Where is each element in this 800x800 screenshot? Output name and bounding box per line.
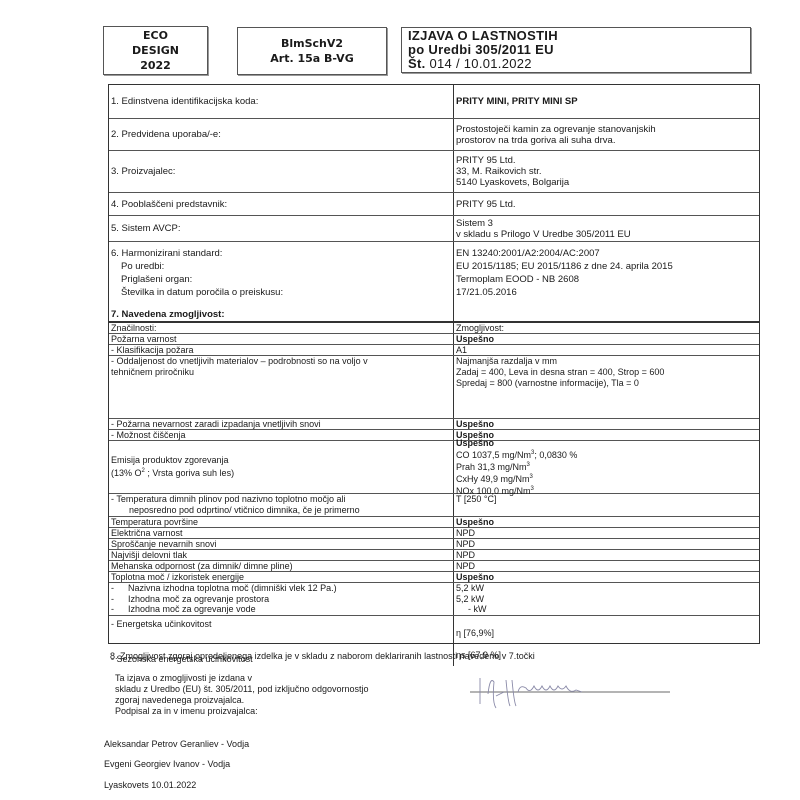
harmonized-labels: 6. Harmonizirani standard: Po uredbi: Pr…: [109, 242, 454, 308]
row-label: 3. Proizvajalec:: [109, 151, 454, 192]
table-row: - Oddaljenost do vnetljivih materialov –…: [109, 356, 759, 419]
document-number: Št. 014 / 10.01.2022: [408, 57, 750, 71]
table-row: - Temperatura dimnih plinov pod nazivno …: [109, 494, 759, 517]
table-row: Značilnosti: Zmogljivost:: [109, 323, 759, 334]
document-number-value: 014 / 10.01.2022: [429, 56, 531, 71]
table-row: Emisija produktov zgorevanja (13% O2 ; V…: [109, 441, 759, 494]
harmonized-values: EN 13240:2001/A2:2004/AC:2007 EU 2015/11…: [454, 242, 759, 308]
eco-design-badge: ECO DESIGN 2022: [103, 26, 208, 75]
table-row: Toplotna moč / izkoristek energije Uspeš…: [109, 572, 759, 583]
table-row: Najvišji delovni tlak NPD: [109, 550, 759, 561]
table-row: 5. Sistem AVCP: Sistem 3 v skladu s Pril…: [109, 216, 759, 242]
table-row: Mehanska odpornost (za dimnik/ dimne pli…: [109, 561, 759, 572]
signature-image: [470, 672, 670, 712]
identification-table: 1. Edinstvena identifikacijska koda: PRI…: [108, 84, 760, 322]
emission-values: Uspešno CO 1037,5 mg/Nm3; 0,0830 % Prah …: [454, 441, 759, 493]
table-row: 6. Harmonizirani standard: Po uredbi: Pr…: [109, 242, 759, 308]
table-row: Požarna varnost Uspešno: [109, 334, 759, 345]
document-regulation: po Uredbi 305/2011 EU: [408, 43, 750, 57]
table-row: Električna varnost NPD: [109, 528, 759, 539]
badge-line: Art. 15a B-VG: [270, 51, 353, 66]
table-row: 1. Edinstvena identifikacijska koda: PRI…: [109, 85, 759, 119]
performance-table: Značilnosti: Zmogljivost: Požarna varnos…: [108, 322, 760, 644]
table-row: 4. Pooblaščeni predstavnik: PRITY 95 Ltd…: [109, 193, 759, 216]
table-row: -Nazivna izhodna toplotna moč (dimniški …: [109, 583, 759, 616]
table-row: - Klasifikacija požara A1: [109, 345, 759, 356]
intended-use: Prostostoječi kamin za ogrevanje stanova…: [454, 119, 759, 150]
table-row: 3. Proizvajalec: PRITY 95 Ltd. 33, M. Ra…: [109, 151, 759, 193]
table-row: 2. Predvidena uporaba/-e: Prostostoječi …: [109, 119, 759, 151]
document-title: IZJAVA O LASTNOSTIH: [408, 29, 750, 43]
signer-2: Evgeni Georgiev Ivanov - Vodja: [104, 759, 230, 769]
manufacturer: PRITY 95 Ltd. 33, M. Raikovich str. 5140…: [454, 151, 759, 192]
section-7-title: 7. Navedena zmogljivost:: [109, 308, 454, 321]
document-number-label: Št.: [408, 56, 426, 71]
section-8-statement: 8. Zmogljivost zgoraj opredeljenega izde…: [110, 651, 535, 661]
row-label: 4. Pooblaščeni predstavnik:: [109, 193, 454, 215]
authorized-representative: PRITY 95 Ltd.: [454, 193, 759, 215]
product-code: PRITY MINI, PRITY MINI SP: [454, 85, 759, 118]
declaration-statement: Ta izjava o zmogljivosti je izdana v skl…: [115, 673, 368, 717]
blmschv-badge: BlmSchV2 Art. 15a B-VG: [237, 27, 387, 75]
table-row: Temperatura površine Uspešno: [109, 517, 759, 528]
table-row: 7. Navedena zmogljivost:: [109, 308, 759, 321]
table-row: - Požarna nevarnost zaradi izpadanja vne…: [109, 419, 759, 430]
avcp-system: Sistem 3 v skladu s Prilogo V Uredbe 305…: [454, 216, 759, 241]
row-label: 2. Predvidena uporaba/-e:: [109, 119, 454, 150]
row-label: 5. Sistem AVCP:: [109, 216, 454, 241]
emission-label: Emisija produktov zgorevanja (13% O2 ; V…: [109, 441, 454, 493]
badge-line: BlmSchV2: [281, 36, 343, 51]
document-title-box: IZJAVA O LASTNOSTIH po Uredbi 305/2011 E…: [401, 27, 751, 73]
badge-line: 2022: [140, 58, 171, 73]
place-date: Lyaskovets 10.01.2022: [104, 780, 196, 790]
row-label: 1. Edinstvena identifikacijska koda:: [109, 85, 454, 118]
badge-line: DESIGN: [132, 43, 179, 58]
table-row: Sproščanje nevarnih snovi NPD: [109, 539, 759, 550]
badge-line: ECO: [143, 28, 168, 43]
signer-1: Aleksandar Petrov Geranliev - Vodja: [104, 739, 249, 749]
